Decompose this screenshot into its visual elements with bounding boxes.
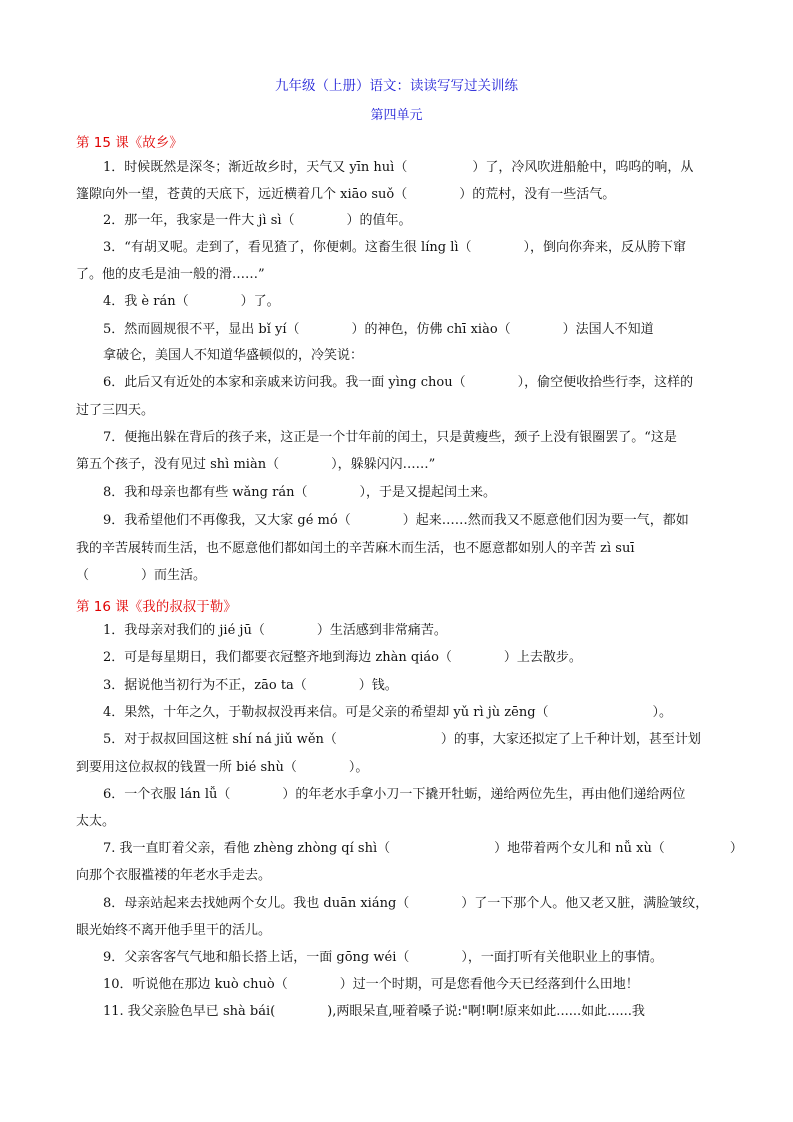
exercise-line: 11. 我父亲脸色早已 shà bái( ),两眼呆直,哑着嗓子说:"啊!啊!原… xyxy=(103,1003,645,1021)
exercise-line: 7. 我一直盯着父亲，看他 zhèng zhòng qí shì（ ）地带着两个… xyxy=(103,840,743,858)
exercise-line: 5．对于叔叔回国这桩 shí ná jiǔ wěn（ ）的事，大家还拟定了上千种… xyxy=(103,731,701,749)
exercise-line: 篷隙向外一望，苍黄的天底下，远近横着几个 xiāo suǒ（ ）的荒村，没有一些… xyxy=(76,186,615,204)
exercise-line: 拿破仑，美国人不知道华盛顿似的，冷笑说： xyxy=(103,347,363,365)
exercise-line: 3．“有胡叉呢。走到了，看见猹了，你便刺。这畜生很 líng lì（ ），倒向你… xyxy=(103,239,686,257)
exercise-line: 向那个衣服褴褛的年老水手走去。 xyxy=(76,867,271,885)
lesson-16-heading: 第 16 课《我的叔叔于勒》 xyxy=(76,595,237,615)
exercise-line: 第五个孩子，没有见过 shì miàn（ ），躲躲闪闪……” xyxy=(76,456,435,474)
exercise-line: 1．时候既然是深冬；渐近故乡时，天气又 yīn huì（ ）了，冷风吹进船舱中，… xyxy=(103,159,693,177)
exercise-line: 眼光始终不离开他手里干的活儿。 xyxy=(76,922,271,940)
exercise-line: 10．听说他在那边 kuò chuò（ ）过一个时期，可是您看他今天已经落到什么… xyxy=(103,976,639,994)
exercise-line: 5．然而圆规很不平，显出 bǐ yí（ ）的神色，仿佛 chī xiào（ ）法… xyxy=(103,321,654,339)
exercise-line: 8．母亲站起来去找她两个女儿。我也 duān xiáng（ ）了一下那个人。他又… xyxy=(103,895,708,913)
exercise-line: 我的辛苦展转而生活，也不愿意他们都如闰土的辛苦麻木而生活，也不愿意都如别人的辛苦… xyxy=(76,540,634,558)
exercise-line: 过了三四天。 xyxy=(76,402,154,420)
lesson-15-heading: 第 15 课《故乡》 xyxy=(76,131,183,151)
exercise-line: 4．我 è rán（ ）了。 xyxy=(103,293,280,311)
exercise-line: 2．那一年，我家是一件大 jì sì（ ）的值年。 xyxy=(103,212,412,230)
exercise-line: 3．据说他当初行为不正，zāo ta（ ）钱。 xyxy=(103,677,398,695)
exercise-line: 9．我希望他们不再像我，又大家 gé mó（ ）起来……然而我又不愿意他们因为要… xyxy=(103,512,689,530)
exercise-line: 7．便拖出躲在背后的孩子来，这正是一个廿年前的闰土，只是黄瘦些，颈子上没有银圈罢… xyxy=(103,429,677,447)
exercise-line: 太太。 xyxy=(76,813,115,831)
exercise-line: （ ）而生活。 xyxy=(76,567,206,585)
exercise-line: 到要用这位叔叔的钱置一所 bié shù（ ）。 xyxy=(76,759,368,777)
exercise-line: 1．我母亲对我们的 jié jū（ ）生活感到非常痛苦。 xyxy=(103,622,447,640)
exercise-line: 4．果然，十年之久，于勒叔叔没再来信。可是父亲的希望却 yǔ rì jù zēn… xyxy=(103,704,672,722)
unit-title: 第四单元 xyxy=(0,104,793,123)
exercise-line: 了。他的皮毛是油一般的滑……” xyxy=(76,266,265,284)
exercise-line: 8．我和母亲也都有些 wǎng rán（ ），于是又提起闰土来。 xyxy=(103,484,496,502)
exercise-line: 2．可是每星期日，我们都要衣冠整齐地到海边 zhàn qiáo（ ）上去散步。 xyxy=(103,649,582,667)
exercise-line: 6．一个衣服 lán lǚ（ ）的年老水手拿小刀一下撬开牡蛎，递给两位先生，再由… xyxy=(103,786,685,804)
exercise-line: 9．父亲客客气气地和船长搭上话，一面 gōng wéi（ ），一面打听有关他职业… xyxy=(103,949,663,967)
document-title: 九年级（上册）语文：读读写写过关训练 xyxy=(0,74,793,94)
exercise-line: 6．此后又有近处的本家和亲戚来访问我。我一面 yìng chou（ ），偷空便收… xyxy=(103,374,693,392)
document-page: 九年级（上册）语文：读读写写过关训练 第四单元 第 15 课《故乡》 1．时候既… xyxy=(0,0,793,1122)
